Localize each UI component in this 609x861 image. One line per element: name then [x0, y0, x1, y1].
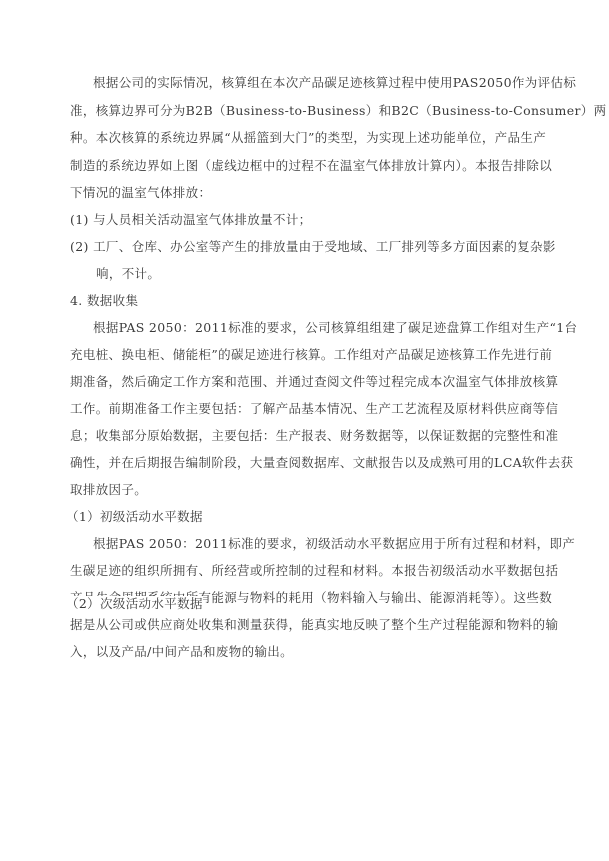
document-page-lower: （2）次级活动水平数据	[0, 0, 609, 861]
secondary-data-title: （2）次级活动水平数据	[66, 596, 203, 612]
